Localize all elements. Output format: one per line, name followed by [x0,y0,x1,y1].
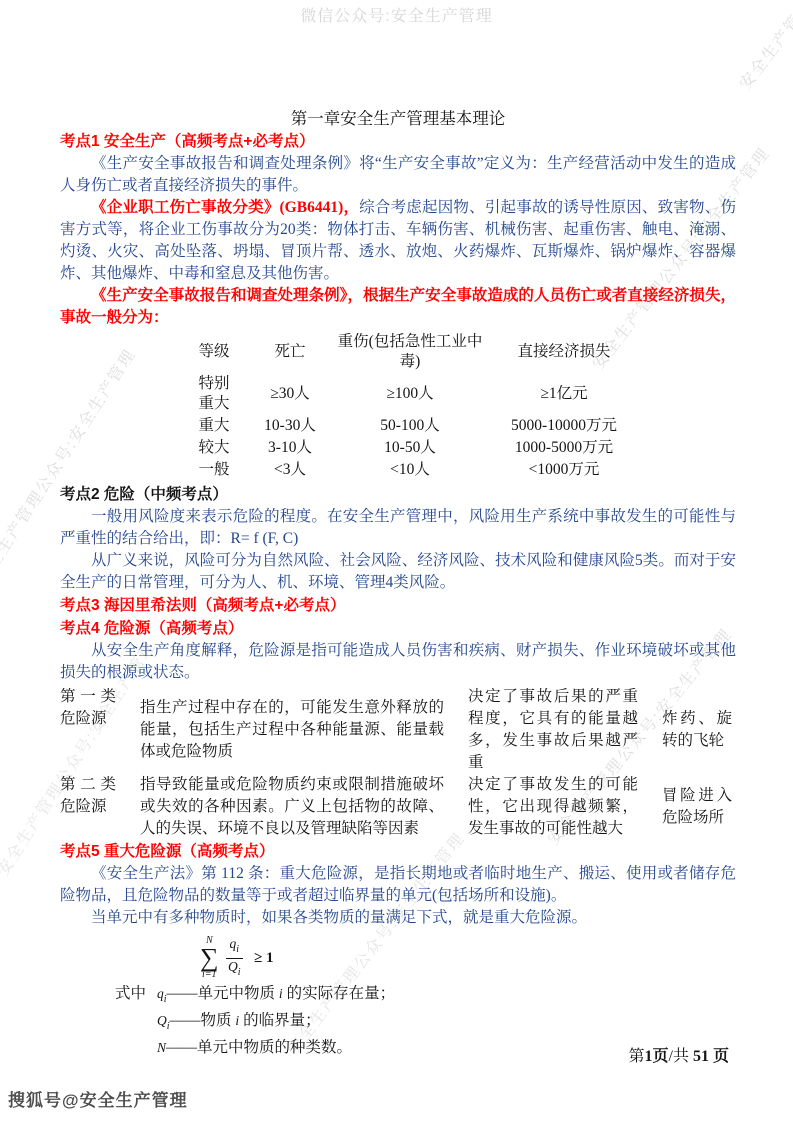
table-cell: <3人 [246,459,334,481]
legend-var: N [157,1040,166,1055]
sigma-symbol: N ∑ i=1 [200,936,219,980]
kp2-paragraph-1: 一般用风险度来表示危险的程度。在安全生产管理中，风险用生产系统中事故发生的可能性… [60,506,736,550]
table-cell: 10-50人 [334,437,486,459]
table-cell: 第一类危险源 [60,686,116,774]
legend-text: ——单元中物质 [167,985,279,1002]
table-cell: 50-100人 [334,415,486,437]
legend-text: 的实际存在量； [283,985,395,1002]
table-cell: 3-10人 [246,437,334,459]
page-number-sep: /共 [669,1048,693,1065]
table-cell: <1000万元 [486,459,642,481]
sum-formula: N ∑ i=1 qi Qi ≥ 1 [200,935,736,981]
table-cell: 冒险进入危险场所 [662,785,732,829]
diagonal-watermark: 安全生产管理公众号:安全生产管理 [733,0,793,94]
table-cell: 指生产过程中存在的，可能发生意外释放的能量，包括生产过程中各种能量源、能量载体或… [140,697,444,763]
legend-item: Qi——物质 i 的临界量； [157,1010,736,1037]
kp4-heading: 考点4 危险源（高频考点） [60,617,736,640]
table-row: 较大 3-10人 10-50人 1000-5000万元 [182,437,736,459]
kp4-paragraph-1: 从安全生产角度解释，危险源是指可能造成人员伤害和疾病、财产损失、作业环境破坏或其… [60,640,736,684]
table-cell: <10人 [334,459,486,481]
kp3-heading: 考点3 海因里希法则（高频考点+必考点） [60,594,736,617]
kp1-heading: 考点1 安全生产（高频考点+必考点） [60,130,736,153]
legend-var: q [157,986,164,1001]
legend-var: Q [157,1013,167,1028]
legend-label: 式中 [115,983,157,1064]
page-title: 第一章安全生产管理基本理论 [60,107,736,130]
table-cell: 5000-10000万元 [486,415,642,437]
legend-text: ——单元中物质的种类数。 [166,1039,352,1056]
legend-text: ——物质 [170,1012,236,1029]
denominator-sub: i [238,967,241,978]
table-cell: 一般 [182,459,246,481]
table-row: 一般 <3人 <10人 <1000万元 [182,459,736,481]
fraction-denominator: Qi [228,959,241,980]
sohu-watermark: 搜狐号@安全生产管理 [8,1086,188,1111]
table-cell: ≥100人 [334,383,486,405]
severity-table: 等级 死亡 重伤(包括急性工业中毒) 直接经济损失 特别重大 ≥30人 ≥100… [182,331,736,481]
page-number-total: 51 页 [693,1048,729,1065]
table-row: 特别重大 ≥30人 ≥100人 ≥1亿元 [182,373,736,415]
kp5-paragraph-1: 《安全生产法》第 112 条：重大危险源，是指长期地或者临时地生产、搬运、使用或… [60,863,736,907]
table-cell: 10-30人 [246,415,334,437]
formula-relation: ≥ 1 [254,947,273,969]
table-cell: 第二类危险源 [60,774,116,840]
fraction-numerator: qi [226,936,244,959]
legend-item: qi——单元中物质 i 的实际存在量； [157,983,736,1010]
denominator-var: Q [228,959,238,974]
document-page: 微信公众号:安全生产管理 安全生产管理公众号:安全生产管理 安全生产管理公众号:… [0,0,793,1122]
table-cell: 特别重大 [191,374,237,414]
table-cell: 决定了事故发生的可能性，它出现得越频繁，发生事故的可能性越大 [468,774,638,840]
table-cell: 指导致能量或危险物质约束或限制措施破坏或失效的各种因素。广义上包括物的故障、人的… [140,774,444,840]
document-content: 第一章安全生产管理基本理论 考点1 安全生产（高频考点+必考点） 《生产安全事故… [60,107,736,1064]
table-cell: 重大 [182,415,246,437]
col-header: 等级 [182,341,246,363]
table-cell: ≥30人 [246,383,334,405]
table-cell: ≥1亿元 [486,383,642,405]
sigma-lower-limit: i=1 [202,970,217,980]
page-number-current: 1页 [645,1048,669,1065]
danger-source-table: 第一类危险源 指生产过程中存在的，可能发生意外释放的能量，包括生产过程中各种能量… [60,686,736,840]
kp5-heading: 考点5 重大危险源（高频考点） [60,840,736,863]
page-number-text: 第 [629,1048,645,1065]
table-cell: 炸药、旋转的飞轮 [662,708,732,752]
col-header: 重伤(包括急性工业中毒) [334,331,486,373]
severity-table-header: 等级 死亡 重伤(包括急性工业中毒) 直接经济损失 [182,331,736,373]
kp1-paragraph-3: 《生产安全事故报告和调查处理条例》，根据生产安全事故造成的人员伤亡或者直接经济损… [60,285,736,329]
col-header: 直接经济损失 [486,341,642,363]
fraction: qi Qi [226,936,244,980]
table-row: 重大 10-30人 50-100人 5000-10000万元 [182,415,736,437]
kp1-paragraph-1: 《生产安全事故报告和调查处理条例》将“生产安全事故”定义为：生产经营活动中发生的… [60,153,736,197]
kp5-paragraph-2: 当单元中有多种物质时，如果各类物质的量满足下式，就是重大危险源。 [60,907,736,929]
kp2-heading: 考点2 危险（中频考点） [60,483,736,506]
table-cell: 决定了事故后果的严重程度，它具有的能量越多，发生事故后果越严重 [468,686,638,774]
numerator-sub: i [236,944,239,955]
kp1-paragraph-2: 《企业职工伤亡事故分类》(GB6441)，综合考虑起因物、引起事故的诱导性原因、… [60,197,736,285]
legend-text: 的临界量； [239,1012,320,1029]
col-header: 死亡 [246,341,334,363]
table-cell: 1000-5000万元 [486,437,642,459]
kp2-paragraph-2: 从广义来说，风险可分为自然风险、社会风险、经济风险、技术风险和健康风险5类。而对… [60,550,736,594]
page-number: 第1页/共 51 页 [629,1048,730,1066]
wechat-watermark: 微信公众号:安全生产管理 [300,3,492,26]
sigma-glyph: ∑ [200,946,219,970]
table-cell: 较大 [182,437,246,459]
kp1-paragraph-2-lead: 《企业职工伤亡事故分类》(GB6441)， [91,199,359,216]
